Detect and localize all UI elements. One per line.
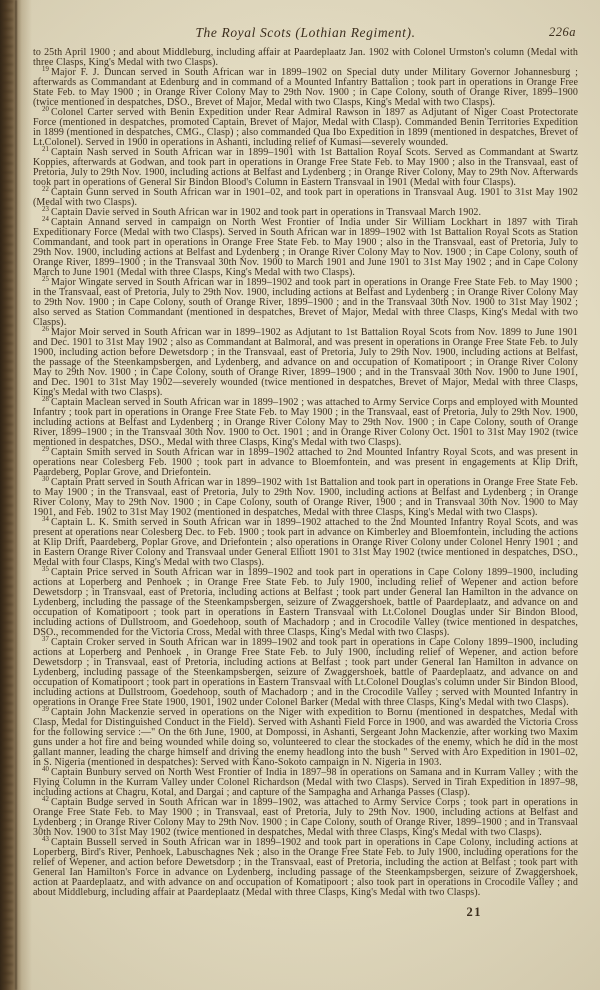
- footnote-number: 30: [42, 476, 49, 483]
- paragraph: 30Captain Pratt served in South African …: [33, 478, 578, 518]
- page-number: 21: [467, 905, 483, 919]
- paragraph-text: Major Wingate served in South African wa…: [33, 277, 578, 328]
- paragraph: 43Captain Bussell served in South Africa…: [33, 838, 578, 898]
- paragraph-text: to 25th April 1900 ; and about Middlebur…: [33, 47, 578, 68]
- footnote-number: 26: [42, 326, 49, 333]
- paragraph-text: Captain Price served in South African wa…: [33, 567, 578, 638]
- paragraph-text: Major Moir served in South African war i…: [33, 327, 578, 398]
- paragraph-text: Captain John Mackenzie served in operati…: [33, 707, 578, 768]
- paragraph: 39Captain John Mackenzie served in opera…: [33, 708, 578, 768]
- paragraph-text: Captain Smith served in South African wa…: [33, 447, 578, 478]
- paragraph: 22Captain Gunn served in South African w…: [33, 188, 578, 208]
- footnote-number: 29: [42, 446, 49, 453]
- footnote-number: 22: [42, 186, 49, 193]
- paragraph-text: Captain Gunn served in South African war…: [33, 187, 578, 208]
- paragraph: 25Major Wingate served in South African …: [33, 278, 578, 328]
- footnote-number: 20: [42, 106, 49, 113]
- paragraph: 42Captain Budge served in South African …: [33, 798, 578, 838]
- paragraph-text: Colonel Carter served with Benin Expedit…: [33, 107, 578, 148]
- paragraph: 21Captain Nash served in South African w…: [33, 148, 578, 188]
- paragraph: 35Captain Price served in South African …: [33, 568, 578, 638]
- footnote-number: 34: [42, 516, 49, 523]
- paragraph: 29Captain Smith served in South African …: [33, 448, 578, 478]
- paragraph-text: Captain Croker served in South African w…: [33, 637, 578, 708]
- paragraph-text: Captain Nash served in South African war…: [33, 147, 578, 188]
- book-page: The Royal Scots (Lothian Regiment). 226a…: [0, 0, 600, 990]
- footnote-number: 37: [42, 636, 49, 643]
- paragraph: 28Captain Maclean served in South Africa…: [33, 398, 578, 448]
- book-binding-edge: [0, 0, 32, 990]
- page-header: The Royal Scots (Lothian Regiment). 226a: [33, 24, 578, 44]
- footnote-number: 43: [42, 836, 49, 843]
- paragraph-text: Captain L. K. Smith served in South Afri…: [33, 517, 578, 568]
- page-footer: 21: [33, 903, 578, 921]
- binding-crease: [15, 0, 17, 990]
- gutter-showthrough: [0, 0, 13, 990]
- paragraph-text: Captain Annand served in campaign on Nor…: [33, 217, 578, 278]
- paragraph: 19Major F. J. Duncan served in South Afr…: [33, 68, 578, 108]
- paragraph-text: Captain Pratt served in South African wa…: [33, 477, 578, 518]
- text-block: to 25th April 1900 ; and about Middlebur…: [33, 48, 578, 898]
- footnote-number: 19: [42, 66, 49, 73]
- paragraph-text: Captain Budge served in South African wa…: [33, 797, 578, 838]
- footnote-number: 23: [42, 206, 49, 213]
- paragraph: to 25th April 1900 ; and about Middlebur…: [33, 48, 578, 68]
- paragraph: 20Colonel Carter served with Benin Exped…: [33, 108, 578, 148]
- footnote-number: 24: [42, 216, 49, 223]
- paragraph-text: Captain Bunbury served on North West Fro…: [33, 767, 578, 798]
- paragraph-text: Captain Bussell served in South African …: [33, 837, 578, 898]
- paragraph-text: Major F. J. Duncan served in South Afric…: [33, 67, 578, 108]
- paragraph: 26Major Moir served in South African war…: [33, 328, 578, 398]
- paragraph: 24Captain Annand served in campaign on N…: [33, 218, 578, 278]
- paragraph-text: Captain Maclean served in South African …: [33, 397, 578, 448]
- footnote-number: 42: [42, 796, 49, 803]
- paragraph: 40Captain Bunbury served on North West F…: [33, 768, 578, 798]
- footnote-number: 40: [42, 766, 49, 773]
- footnote-number: 21: [42, 146, 49, 153]
- footnote-number: 28: [42, 396, 49, 403]
- footnote-number: 35: [42, 566, 49, 573]
- footnote-number: 25: [42, 276, 49, 283]
- running-title: The Royal Scots (Lothian Regiment).: [195, 25, 415, 40]
- paragraph: 37Captain Croker served in South African…: [33, 638, 578, 708]
- footnote-number: 39: [42, 706, 49, 713]
- folio-number: 226a: [549, 25, 576, 40]
- paragraph: 34Captain L. K. Smith served in South Af…: [33, 518, 578, 568]
